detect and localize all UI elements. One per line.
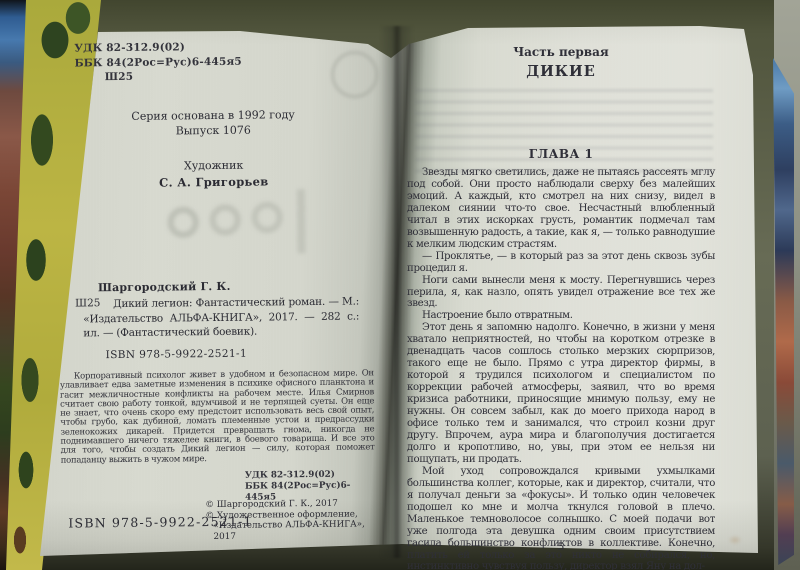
body-paragraph: Ноги сами вынесли меня к мосту. Перегнув… bbox=[407, 275, 715, 311]
chapter-title: ГЛАВА 1 bbox=[405, 147, 717, 161]
body-paragraph: — Проклятье, — в который раз за этот ден… bbox=[407, 251, 715, 275]
chapter-body: Звезды мягко светились, даже не пытаясь … bbox=[407, 167, 715, 570]
page-number: 5 bbox=[405, 541, 717, 553]
classification-codes: УДК 82-312.9(02) ББК 84(2Рос=Рус)6-445я5… bbox=[74, 40, 242, 85]
series-issue-line: Выпуск 1076 bbox=[83, 122, 343, 140]
artist-credit: Художник С. А. Григорьев bbox=[84, 157, 344, 192]
author-sign-code: Ш25 bbox=[75, 69, 243, 85]
series-note: Серия основана в 1992 году Выпуск 1076 bbox=[83, 107, 343, 140]
annotation-text: Корпоративный психолог живет в удобном и… bbox=[60, 369, 375, 465]
book-photo: УДК 82-312.9(02) ББК 84(2Рос=Рус)6-445я5… bbox=[0, 0, 800, 570]
isbn-bottom: ISBN 978-5-9922-2521-1 bbox=[68, 514, 252, 531]
body-paragraph: Этот день я запомню надолго. Конечно, в … bbox=[407, 322, 715, 465]
part-label: Часть первая bbox=[405, 45, 717, 59]
isbn-entry: ISBN 978-5-9922-2521-1 bbox=[106, 348, 248, 361]
author-name: Шаргородский Г. К. bbox=[98, 280, 231, 294]
bleed-through-emblem bbox=[330, 50, 379, 99]
page-smudge bbox=[728, 535, 742, 545]
bleed-through-title bbox=[159, 189, 340, 255]
body-paragraph: Мой уход сопровождался кривыми ухмылками… bbox=[407, 466, 715, 570]
body-paragraph: Настроение было отвратным. bbox=[407, 310, 715, 322]
body-paragraph: Звезды мягко светились, даже не пытаясь … bbox=[407, 167, 715, 251]
left-page: УДК 82-312.9(02) ББК 84(2Рос=Рус)6-445я5… bbox=[52, 28, 380, 563]
artist-name: С. А. Григорьев bbox=[84, 173, 344, 192]
right-page: Часть первая ДИКИЕ ГЛАВА 1 Звезды мягко … bbox=[405, 25, 717, 560]
bbk-code: ББК 84(2Рос=Рус)6-445я5 bbox=[74, 54, 242, 70]
part-title: ДИКИЕ bbox=[405, 63, 717, 80]
bibliographic-entry: Дикий легион: Фантастический роман. — М.… bbox=[83, 295, 359, 341]
